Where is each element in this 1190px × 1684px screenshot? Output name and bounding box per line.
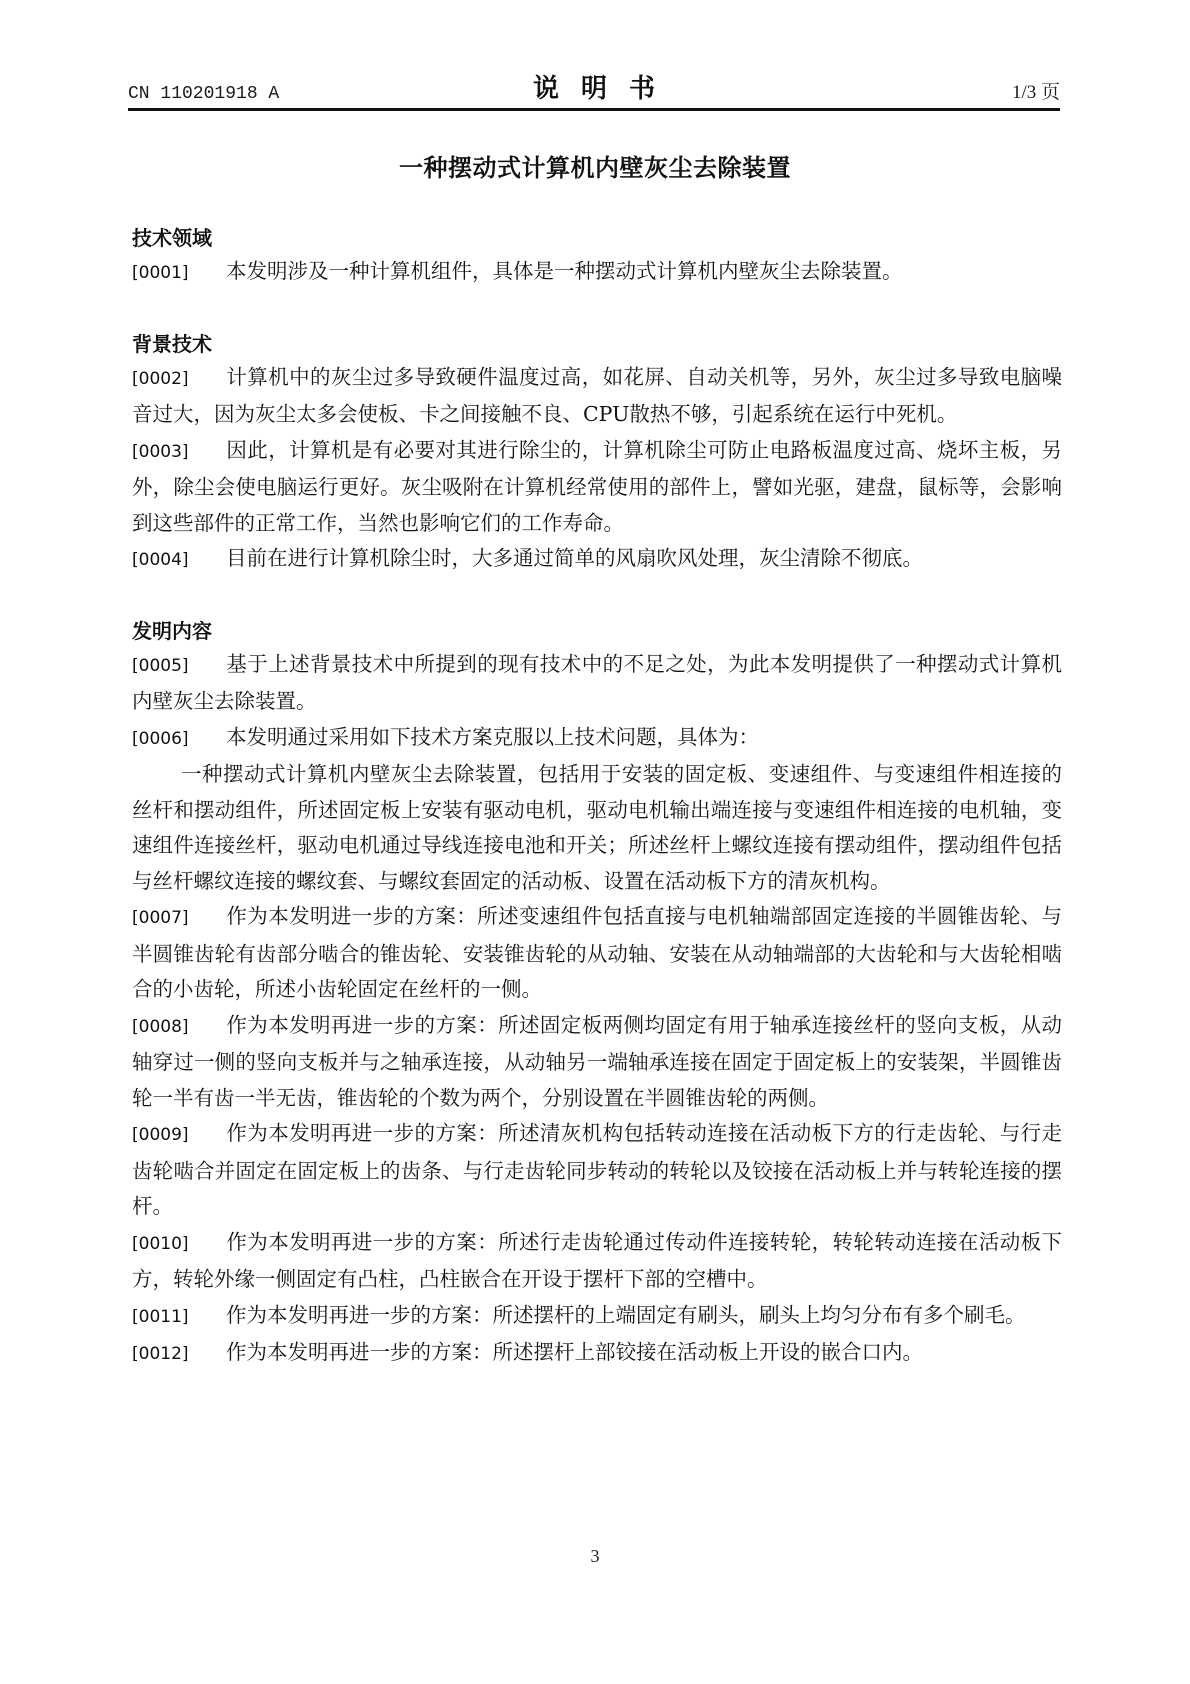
page-counter: 1/3 页 bbox=[1012, 77, 1060, 104]
paragraph-0007: [0007]作为本发明进一步的方案：所述变速组件包括直接与电机轴端部固定连接的半… bbox=[132, 899, 1062, 1008]
paragraph-number: [0010] bbox=[132, 1227, 226, 1263]
header-divider bbox=[128, 108, 1060, 111]
section-heading: 背景技术 bbox=[132, 328, 1062, 360]
paragraph-text: 作为本发明再进一步的方案：所述清灰机构包括转动连接在活动板下方的行走齿轮、与行走… bbox=[132, 1121, 1062, 1218]
paragraph-0006-body: 一种摆动式计算机内壁灰尘去除装置，包括用于安装的固定板、变速组件、与变速组件相连… bbox=[132, 757, 1062, 899]
paragraph-0006: [0006]本发明通过采用如下技术方案克服以上技术问题，具体为： bbox=[132, 720, 1062, 758]
paragraph-0004: [0004]目前在进行计算机除尘时，大多通过简单的风扇吹风处理，灰尘清除不彻底。 bbox=[132, 541, 1062, 579]
paragraph-text: 本发明涉及一种计算机组件，具体是一种摆动式计算机内壁灰尘去除装置。 bbox=[226, 259, 903, 283]
paragraph-number: [0011] bbox=[132, 1300, 226, 1336]
paragraph-0008: [0008]作为本发明再进一步的方案：所述固定板两侧均固定有用于轴承连接丝杆的竖… bbox=[132, 1008, 1062, 1117]
paragraph-number: [0012] bbox=[132, 1337, 226, 1373]
paragraph-text: 作为本发明再进一步的方案：所述固定板两侧均固定有用于轴承连接丝杆的竖向支板，从动… bbox=[132, 1013, 1062, 1110]
page-header: CN 110201918 A 说明书 1/3 页 bbox=[128, 64, 1060, 110]
paragraph-number: [0006] bbox=[132, 722, 226, 758]
paragraph-0005: [0005]基于上述背景技术中所提到的现有技术中的不足之处，为此本发明提供了一种… bbox=[132, 647, 1062, 720]
document-body: 技术领域 [0001]本发明涉及一种计算机组件，具体是一种摆动式计算机内壁灰尘去… bbox=[132, 222, 1062, 1373]
paragraph-number: [0008] bbox=[132, 1010, 226, 1046]
section-background: 背景技术 [0002]计算机中的灰尘过多导致硬件温度过高，如花屏、自动关机等，另… bbox=[132, 328, 1062, 579]
paragraph-0010: [0010]作为本发明再进一步的方案：所述行走齿轮通过传动件连接转轮，转轮转动连… bbox=[132, 1225, 1062, 1298]
paragraph-text: 因此，计算机是有必要对其进行除尘的，计算机除尘可防止电路板温度过高、烧坏主板，另… bbox=[132, 438, 1062, 535]
paragraph-0002: [0002]计算机中的灰尘过多导致硬件温度过高，如花屏、自动关机等，另外，灰尘过… bbox=[132, 360, 1062, 433]
section-spacer bbox=[132, 579, 1062, 615]
paragraph-text: 作为本发明再进一步的方案：所述摆杆的上端固定有刷头，刷头上均匀分布有多个刷毛。 bbox=[226, 1303, 1026, 1327]
paragraph-0012: [0012]作为本发明再进一步的方案：所述摆杆上部铰接在活动板上开设的嵌合口内。 bbox=[132, 1335, 1062, 1373]
paragraph-number: [0005] bbox=[132, 649, 226, 685]
paragraph-number: [0001] bbox=[132, 256, 226, 292]
paragraph-0011: [0011]作为本发明再进一步的方案：所述摆杆的上端固定有刷头，刷头上均匀分布有… bbox=[132, 1298, 1062, 1336]
paragraph-text: 本发明通过采用如下技术方案克服以上技术问题，具体为： bbox=[226, 725, 759, 749]
section-summary: 发明内容 [0005]基于上述背景技术中所提到的现有技术中的不足之处，为此本发明… bbox=[132, 615, 1062, 1373]
paragraph-number: [0004] bbox=[132, 543, 226, 579]
paragraph-0009: [0009]作为本发明再进一步的方案：所述清灰机构包括转动连接在活动板下方的行走… bbox=[132, 1116, 1062, 1225]
section-technical-field: 技术领域 [0001]本发明涉及一种计算机组件，具体是一种摆动式计算机内壁灰尘去… bbox=[132, 222, 1062, 292]
paragraph-number: [0002] bbox=[132, 362, 226, 398]
document-type-title: 说明书 bbox=[128, 68, 1060, 105]
paragraph-text: 计算机中的灰尘过多导致硬件温度过高，如花屏、自动关机等，另外，灰尘过多导致电脑噪… bbox=[132, 365, 1062, 427]
section-heading: 发明内容 bbox=[132, 615, 1062, 647]
paragraph-text: 作为本发明再进一步的方案：所述行走齿轮通过传动件连接转轮，转轮转动连接在活动板下… bbox=[132, 1230, 1062, 1292]
section-spacer bbox=[132, 292, 1062, 328]
paragraph-text: 作为本发明再进一步的方案：所述摆杆上部铰接在活动板上开设的嵌合口内。 bbox=[226, 1340, 923, 1364]
paragraph-text: 基于上述背景技术中所提到的现有技术中的不足之处，为此本发明提供了一种摆动式计算机… bbox=[132, 652, 1062, 714]
paragraph-number: [0009] bbox=[132, 1118, 226, 1154]
paragraph-number: [0007] bbox=[132, 901, 226, 937]
paragraph-text: 作为本发明进一步的方案：所述变速组件包括直接与电机轴端部固定连接的半圆锥齿轮、与… bbox=[132, 904, 1062, 1001]
page-number: 3 bbox=[0, 1546, 1190, 1567]
section-heading: 技术领域 bbox=[132, 222, 1062, 254]
paragraph-number: [0003] bbox=[132, 435, 226, 471]
paragraph-0001: [0001]本发明涉及一种计算机组件，具体是一种摆动式计算机内壁灰尘去除装置。 bbox=[132, 254, 1062, 292]
paragraph-text: 目前在进行计算机除尘时，大多通过简单的风扇吹风处理，灰尘清除不彻底。 bbox=[226, 546, 923, 570]
invention-title: 一种摆动式计算机内壁灰尘去除装置 bbox=[0, 148, 1190, 183]
paragraph-0003: [0003]因此，计算机是有必要对其进行除尘的，计算机除尘可防止电路板温度过高、… bbox=[132, 433, 1062, 542]
